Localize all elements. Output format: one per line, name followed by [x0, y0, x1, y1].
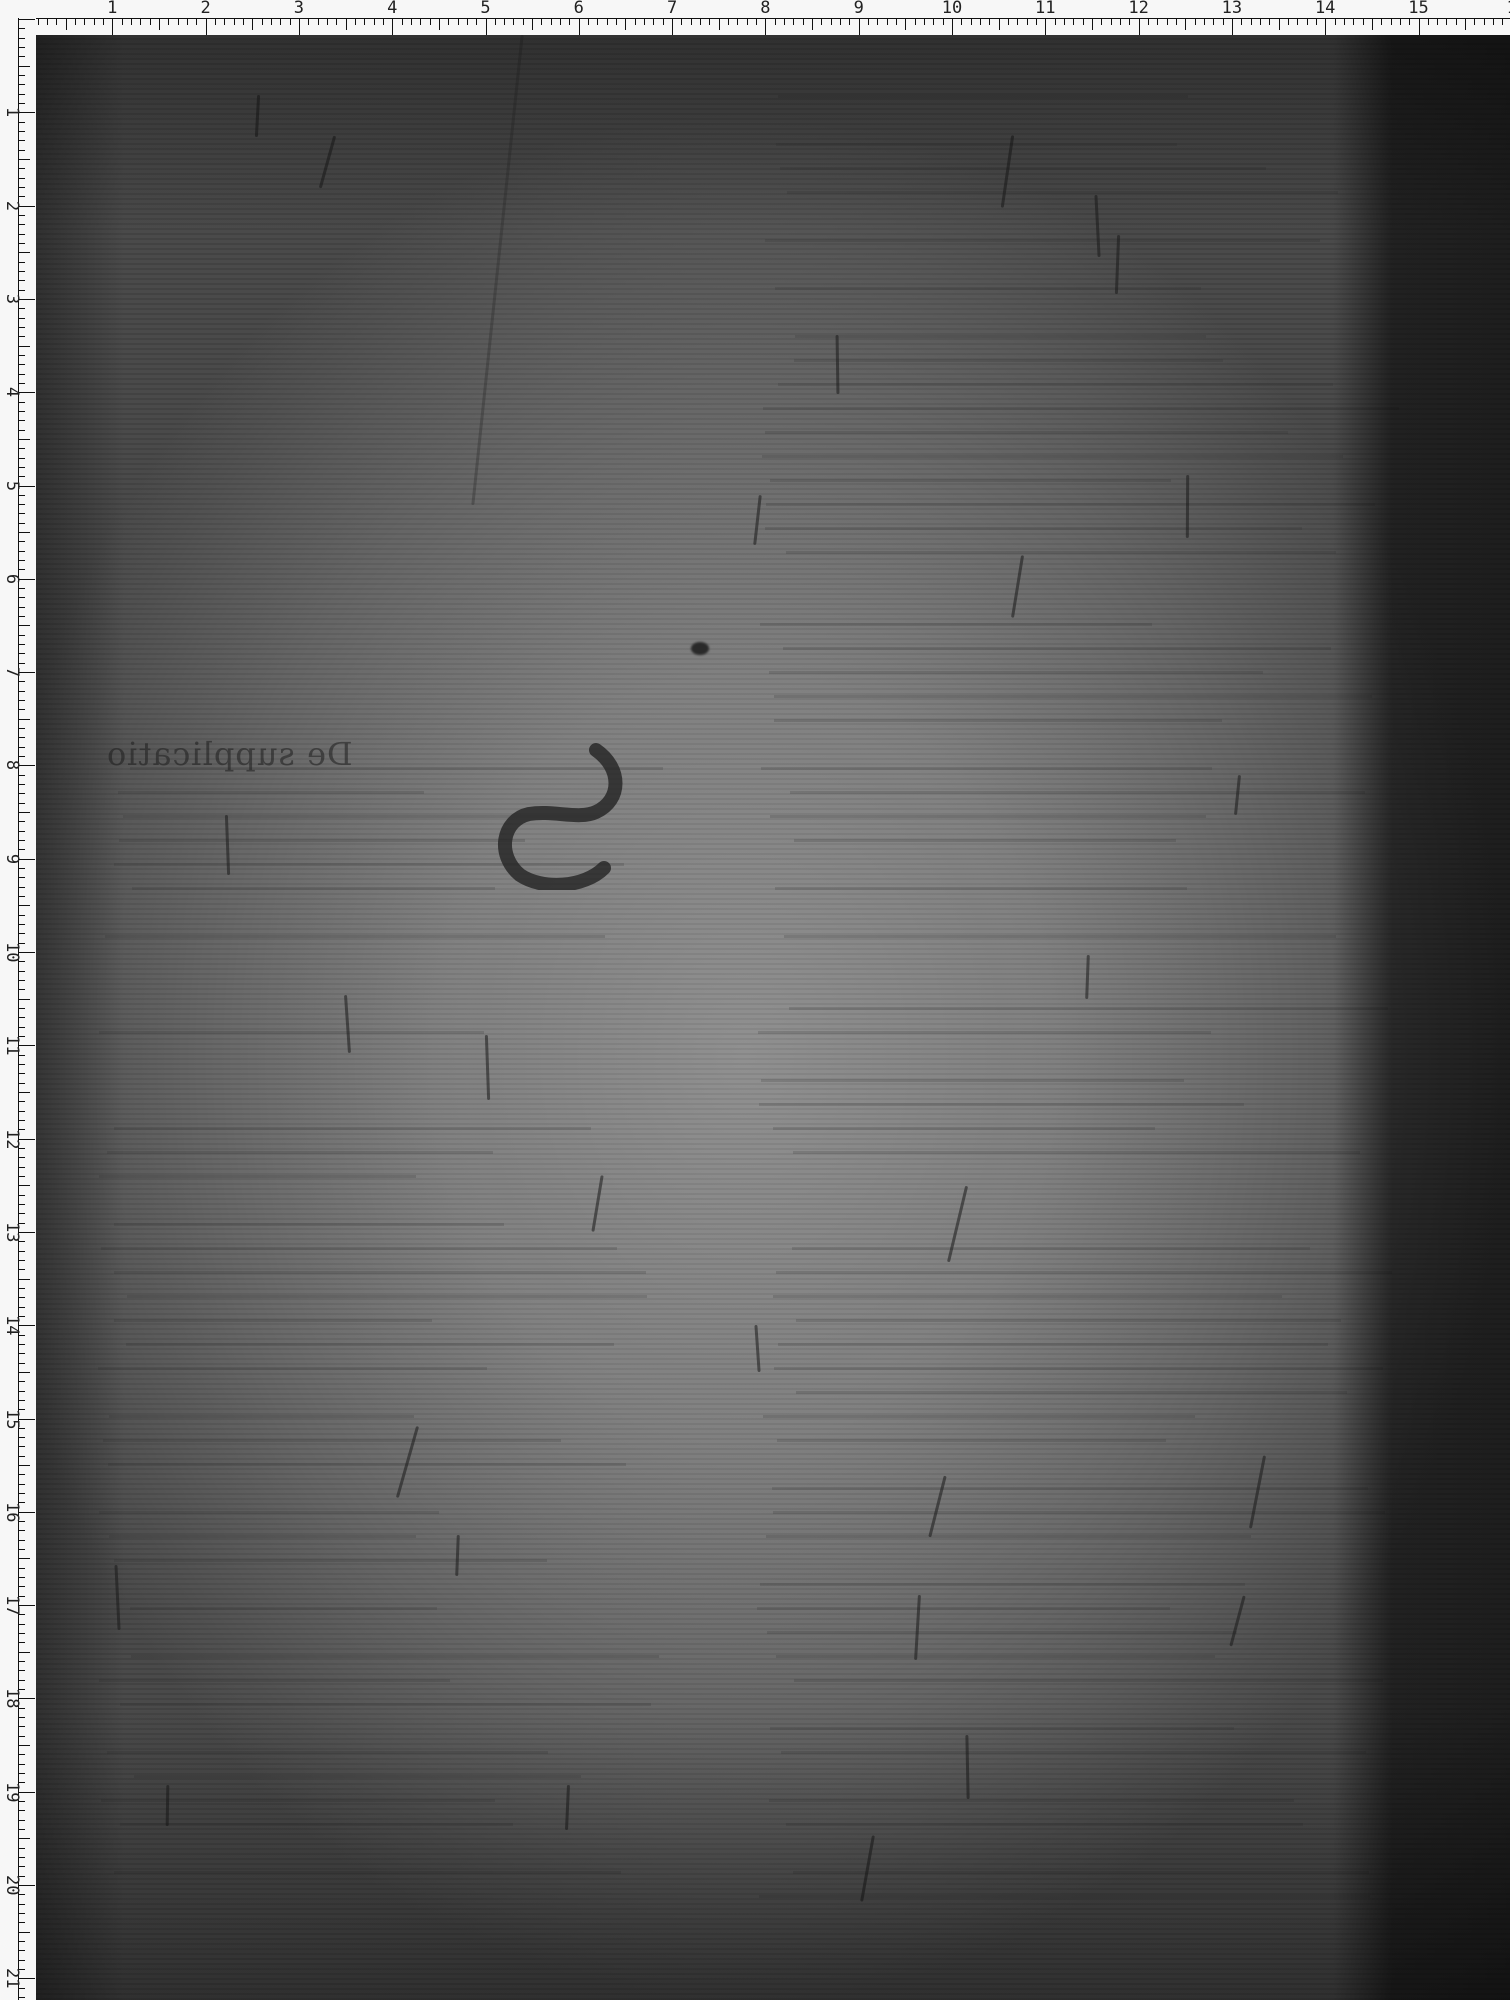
ruler-tick: [877, 18, 878, 25]
bleed-through-text-line: [131, 1655, 659, 1658]
bleed-through-text-line: [118, 791, 424, 794]
ruler-tick: [1297, 18, 1298, 25]
ruler-tick: [18, 840, 25, 841]
bleed-through-text-line: [774, 695, 1372, 698]
pen-stroke: [396, 1426, 419, 1498]
bleed-through-text-line: [783, 647, 1331, 650]
ruler-tick: [18, 700, 25, 701]
pen-stroke: [1249, 1455, 1266, 1528]
top-ruler-label: 12: [1128, 0, 1148, 18]
ruler-tick: [18, 243, 25, 244]
ruler-tick: [1036, 18, 1037, 25]
ruler-tick: [672, 18, 673, 35]
top-ruler-label: 13: [1222, 0, 1242, 18]
top-ruler-label: 5: [480, 0, 490, 18]
ruler-tick: [112, 18, 113, 35]
ruler-tick: [523, 18, 524, 25]
ruler-tick: [18, 1204, 25, 1205]
ruler-tick: [756, 18, 757, 25]
top-ruler-label: 1: [107, 0, 117, 18]
bleed-through-text-line: [775, 287, 1201, 290]
ruler-tick: [896, 18, 897, 25]
ruler-tick: [635, 18, 636, 25]
ruler-tick: [131, 18, 132, 25]
bleed-through-text-line: [130, 767, 662, 770]
ruler-tick: [18, 1288, 25, 1289]
ruler-tick: [18, 1381, 25, 1382]
bleed-through-text-line: [769, 671, 1263, 674]
ruler-tick: [18, 877, 25, 878]
left-ruler-label: 18: [2, 1688, 22, 1708]
ruler-tick: [18, 1111, 25, 1112]
bleed-through-text-line: [123, 815, 600, 818]
ruler-tick: [18, 523, 25, 524]
ruler-tick: [1335, 18, 1336, 25]
ruler-tick: [18, 318, 25, 319]
ruler-tick: [18, 1652, 30, 1653]
ruler-tick: [1232, 18, 1233, 35]
ruler-tick: [18, 1960, 25, 1961]
mirrored-heading: De supplicatio: [106, 735, 353, 773]
ruler-tick: [18, 513, 25, 514]
ruler-tick: [653, 18, 654, 25]
ruler-tick: [1064, 18, 1065, 25]
bleed-through-text-line: [107, 1151, 493, 1154]
bleed-through-text-line: [776, 1271, 1392, 1274]
top-ruler-label: 14: [1315, 0, 1335, 18]
ruler-tick: [18, 1624, 25, 1625]
ruler-tick: [18, 971, 25, 972]
ruler-tick: [18, 1866, 25, 1867]
bleed-through-text-line: [770, 1727, 1233, 1730]
ruler-tick: [18, 1577, 25, 1578]
ruler-tick: [18, 1185, 30, 1186]
bleed-through-text-line: [767, 1631, 1237, 1634]
ruler-tick: [18, 1120, 25, 1121]
ruler-tick: [1456, 18, 1457, 25]
ruler-tick: [1251, 18, 1252, 25]
ruler-tick: [18, 1764, 25, 1765]
ruler-tick: [355, 18, 356, 25]
ruler-tick: [943, 18, 944, 25]
ruler-tick: [18, 803, 25, 804]
ruler-tick: [644, 18, 645, 25]
bleed-through-text-line: [114, 1871, 621, 1874]
ruler-tick: [1055, 18, 1056, 25]
ruler-tick: [18, 532, 30, 533]
manuscript-page: De supplicatio: [36, 35, 1510, 2000]
ruler-tick: [18, 719, 30, 720]
bleed-through-text-line: [99, 1031, 484, 1034]
ruler-tick: [1241, 18, 1242, 25]
ruler-tick: [1474, 18, 1475, 25]
ruler-tick: [271, 18, 272, 25]
ruler-tick: [18, 625, 30, 626]
ruler-tick: [18, 644, 25, 645]
ruler-tick: [831, 18, 832, 25]
ruler-tick: [18, 1083, 25, 1084]
ruler-tick: [18, 1726, 25, 1727]
ruler-tick: [18, 1633, 25, 1634]
ruler-tick: [18, 924, 25, 925]
ruler-tick: [784, 18, 785, 25]
bleed-through-text-line: [786, 1823, 1303, 1826]
mirrored-initial-letter: [484, 730, 634, 890]
bleed-through-text-line: [787, 191, 1338, 194]
ruler-tick: [18, 1017, 25, 1018]
ruler-tick: [280, 18, 281, 25]
ruler-tick: [569, 18, 570, 25]
ruler-tick: [971, 18, 972, 25]
ruler-tick: [168, 18, 169, 25]
left-ruler-label: 10: [2, 942, 22, 962]
bleed-through-text-line: [101, 1247, 617, 1250]
top-ruler-baseline: [18, 18, 1510, 19]
ruler-tick: [18, 1251, 25, 1252]
ruler-tick: [18, 234, 25, 235]
ruler-tick: [18, 1064, 25, 1065]
ruler-tick: [439, 18, 440, 30]
bleed-through-text-line: [765, 239, 1320, 242]
top-ruler-label: 6: [574, 0, 584, 18]
left-ruler-label: 1: [2, 102, 22, 122]
bleed-through-text-line: [776, 143, 1176, 146]
ruler-tick: [1260, 18, 1261, 25]
ruler-tick: [215, 18, 216, 25]
ruler-tick: [18, 1092, 30, 1093]
ruler-tick: [1101, 18, 1102, 25]
ruler-tick: [18, 1157, 25, 1158]
ruler-tick: [18, 252, 30, 253]
pen-stroke: [1094, 195, 1100, 257]
bleed-through-text-line: [776, 1655, 1216, 1658]
ruler-tick: [18, 1838, 30, 1839]
ruler-tick: [616, 18, 617, 25]
ruler-tick: [18, 178, 25, 179]
ruler-tick: [513, 18, 514, 25]
ruler-tick: [18, 1465, 30, 1466]
bleed-through-text-line: [796, 1319, 1341, 1322]
ruler-tick: [625, 18, 626, 30]
ruler-tick: [327, 18, 328, 25]
left-ruler-label: 16: [2, 1502, 22, 1522]
ruler-tick: [905, 18, 906, 30]
ruler-tick: [196, 18, 197, 25]
ruler-tick: [262, 18, 263, 25]
ruler-tick: [18, 1260, 25, 1261]
ruler-tick: [18, 1297, 25, 1298]
ruler-tick: [1204, 18, 1205, 25]
ruler-tick: [140, 18, 141, 25]
ruler-tick: [541, 18, 542, 25]
ruler-tick: [1419, 18, 1420, 35]
ruler-tick: [18, 1073, 25, 1074]
bleed-through-text-line: [774, 719, 1223, 722]
ruler-tick: [840, 18, 841, 25]
pen-stroke: [319, 136, 336, 189]
ruler-tick: [18, 1008, 25, 1009]
ruler-tick: [18, 541, 25, 542]
ruler-tick: [1092, 18, 1093, 30]
bleed-through-text-line: [109, 1535, 416, 1538]
bleed-through-text-line: [114, 863, 623, 866]
ruler-tick: [18, 709, 25, 710]
pen-stroke: [965, 1735, 969, 1799]
ruler-tick: [18, 728, 25, 729]
ruler-tick: [1288, 18, 1289, 25]
ruler-tick: [84, 18, 85, 25]
ruler-tick: [989, 18, 990, 25]
ruler-tick: [383, 18, 384, 25]
left-ruler-label: 13: [2, 1222, 22, 1242]
bleed-through-text-line: [795, 335, 1206, 338]
ruler-tick: [18, 1568, 25, 1569]
ruler-tick: [18, 439, 30, 440]
ruler-tick: [775, 18, 776, 25]
ruler-tick: [18, 28, 25, 29]
ruler-tick: [18, 187, 25, 188]
ruler-tick: [430, 18, 431, 25]
ruler-tick: [700, 18, 701, 25]
ruler-tick: [747, 18, 748, 25]
bleed-through-text-line: [126, 1343, 614, 1346]
pen-stroke: [1085, 955, 1090, 999]
ruler-tick: [18, 1941, 25, 1942]
left-ruler-label: 17: [2, 1595, 22, 1615]
ruler-tick: [663, 18, 664, 25]
ruler-tick: [737, 18, 738, 25]
ruler-tick: [681, 18, 682, 25]
ruler-tick: [243, 18, 244, 25]
pen-stroke: [836, 335, 840, 394]
ruler-tick: [18, 1829, 25, 1830]
ruler-tick: [709, 18, 710, 25]
left-ruler-label: 12: [2, 1129, 22, 1149]
bleed-through-text-line: [784, 935, 1336, 938]
pen-stroke: [1234, 775, 1241, 815]
top-ruler-label: 11: [1035, 0, 1055, 18]
bleed-through-text-line: [114, 1319, 432, 1322]
bleed-through-text-line: [772, 1487, 1368, 1490]
bleed-through-text-line: [769, 1799, 1294, 1802]
bleed-through-text-line: [762, 455, 1343, 458]
ruler-tick: [476, 18, 477, 25]
bleed-through-text-line: [794, 839, 1176, 842]
ruler-tick: [1307, 18, 1308, 25]
ruler-tick: [18, 1950, 25, 1951]
pen-stroke: [591, 1175, 603, 1232]
bleed-through-text-line: [773, 1295, 1282, 1298]
pen-stroke: [754, 1325, 760, 1372]
pen-stroke: [928, 1476, 946, 1538]
ruler-tick: [187, 18, 188, 25]
ruler-tick: [18, 271, 25, 272]
ruler-tick: [18, 84, 25, 85]
ruler-tick: [719, 18, 720, 30]
top-ruler-label: 4: [387, 0, 397, 18]
ruler-tick: [1363, 18, 1364, 25]
ruler-tick: [18, 737, 25, 738]
ruler-tick: [560, 18, 561, 25]
bleed-through-text-line: [107, 1751, 547, 1754]
bleed-through-text-line: [781, 1751, 1366, 1754]
ruler-tick: [18, 355, 25, 356]
ruler-tick: [793, 18, 794, 25]
ruler-tick: [849, 18, 850, 25]
ruler-tick: [18, 280, 25, 281]
ruler-tick: [103, 18, 104, 25]
pen-stroke: [166, 1785, 170, 1826]
left-ruler-label: 4: [2, 382, 22, 402]
top-ruler-label: 15: [1408, 0, 1428, 18]
ruler-tick: [18, 831, 25, 832]
ruler-tick: [18, 411, 25, 412]
ruler-tick: [18, 1456, 25, 1457]
ruler-tick: [1185, 18, 1186, 30]
ruler-tick: [18, 1400, 25, 1401]
ruler-tick: [18, 458, 25, 459]
ruler-tick: [18, 1446, 25, 1447]
left-ruler-label: 6: [2, 569, 22, 589]
ruler-tick: [224, 18, 225, 25]
ruler-tick: [18, 1661, 25, 1662]
ruler-tick: [252, 18, 253, 30]
ruler-tick: [56, 18, 57, 25]
ruler-tick: [887, 18, 888, 25]
ruler-tick: [868, 18, 869, 25]
top-ruler-label: 3: [294, 0, 304, 18]
ruler-tick: [588, 18, 589, 25]
pen-stroke: [1186, 475, 1189, 538]
ruler-tick: [915, 18, 916, 25]
bleed-through-text-line: [778, 95, 1188, 98]
ruler-tick: [18, 1549, 25, 1550]
ruler-tick: [18, 1279, 30, 1280]
ruler-tick: [952, 18, 953, 35]
pen-stroke: [225, 815, 230, 875]
ruler-tick: [18, 1269, 25, 1270]
ruler-tick: [924, 18, 925, 25]
ruler-tick: [18, 1773, 25, 1774]
bleed-through-text-line: [761, 1079, 1184, 1082]
bleed-through-text-line: [109, 1415, 414, 1418]
ruler-tick: [18, 420, 25, 421]
ruler-tick: [1279, 18, 1280, 30]
ruler-tick: [18, 467, 25, 468]
pen-stroke: [255, 95, 260, 137]
bleed-through-text-line: [114, 1127, 591, 1130]
ruler-tick: [1045, 18, 1046, 35]
ruler-tick: [18, 989, 25, 990]
ruler-tick: [18, 327, 25, 328]
ruler-tick: [392, 18, 393, 35]
ruler-tick: [18, 56, 25, 57]
ruler-tick: [159, 18, 160, 30]
ruler-tick: [18, 1670, 25, 1671]
ruler-tick: [18, 47, 25, 48]
ruler-tick: [18, 364, 25, 365]
pen-stroke: [1115, 235, 1120, 294]
ruler-tick: [290, 18, 291, 25]
bleed-through-text-line: [99, 1175, 415, 1178]
bleed-through-text-line: [766, 503, 1376, 506]
ruler-tick: [448, 18, 449, 25]
bleed-through-text-line: [773, 1127, 1155, 1130]
left-ruler-label: 8: [2, 755, 22, 775]
bleed-through-text-line: [114, 1559, 547, 1562]
bleed-through-text-line: [765, 527, 1302, 530]
ruler-tick: [18, 980, 25, 981]
pen-stroke: [1011, 555, 1024, 618]
ruler-tick: [18, 1353, 25, 1354]
ruler-tick: [1120, 18, 1121, 25]
bleed-through-text-line: [789, 1007, 1388, 1010]
ruler-tick: [803, 18, 804, 25]
ruler-tick: [961, 18, 962, 25]
ruler-tick: [999, 18, 1000, 30]
ruler-tick: [122, 18, 123, 25]
bleed-through-text-line: [101, 1799, 495, 1802]
ruler-tick: [18, 1820, 25, 1821]
bleed-through-text-line: [759, 1895, 1370, 1898]
ruler-tick: [1316, 18, 1317, 25]
bleed-through-text-line: [134, 1775, 580, 1778]
bleed-through-text-line: [778, 1343, 1328, 1346]
ruler-tick: [18, 1307, 25, 1308]
ruler-tick: [1213, 18, 1214, 25]
bleed-through-text-line: [778, 383, 1333, 386]
ruler-tick: [346, 18, 347, 30]
ruler-tick: [1083, 18, 1084, 25]
top-ruler-label: 10: [942, 0, 962, 18]
bleed-through-text-line: [780, 167, 1267, 170]
ruler-tick: [18, 1474, 25, 1475]
ruler-tick: [1465, 18, 1466, 30]
ruler-tick: [308, 18, 309, 25]
top-ruler-label: 7: [667, 0, 677, 18]
ruler-tick: [18, 1372, 30, 1373]
ruler-tick: [18, 999, 30, 1000]
ruler-tick: [18, 551, 25, 552]
ruler-tick: [18, 262, 25, 263]
ruler-tick: [18, 448, 25, 449]
top-ruler-label: 9: [854, 0, 864, 18]
ruler-tick: [18, 887, 25, 888]
ruler-tick: [18, 1176, 25, 1177]
ruler-tick: [18, 336, 25, 337]
ruler-tick: [18, 1167, 25, 1168]
ruler-tick: [18, 75, 25, 76]
ruler-tick: [859, 18, 860, 35]
left-ruler-label: 14: [2, 1315, 22, 1335]
ruler-tick: [18, 1913, 25, 1914]
ruler-tick: [299, 18, 300, 35]
bleed-through-text-line: [774, 1367, 1383, 1370]
ruler-tick: [18, 1932, 30, 1933]
ruler-tick: [18, 1437, 25, 1438]
ruler-tick: [18, 374, 25, 375]
ruler-tick: [18, 691, 25, 692]
ruler-tick: [607, 18, 608, 25]
bleed-through-text-line: [793, 1151, 1359, 1154]
ruler-tick: [18, 905, 30, 906]
ruler-tick: [18, 747, 25, 748]
bleed-through-text-line: [758, 1031, 1211, 1034]
ruler-tick: [18, 1213, 25, 1214]
ruler-tick: [933, 18, 934, 25]
ruler-tick: [336, 18, 337, 25]
ruler-tick: [206, 18, 207, 35]
